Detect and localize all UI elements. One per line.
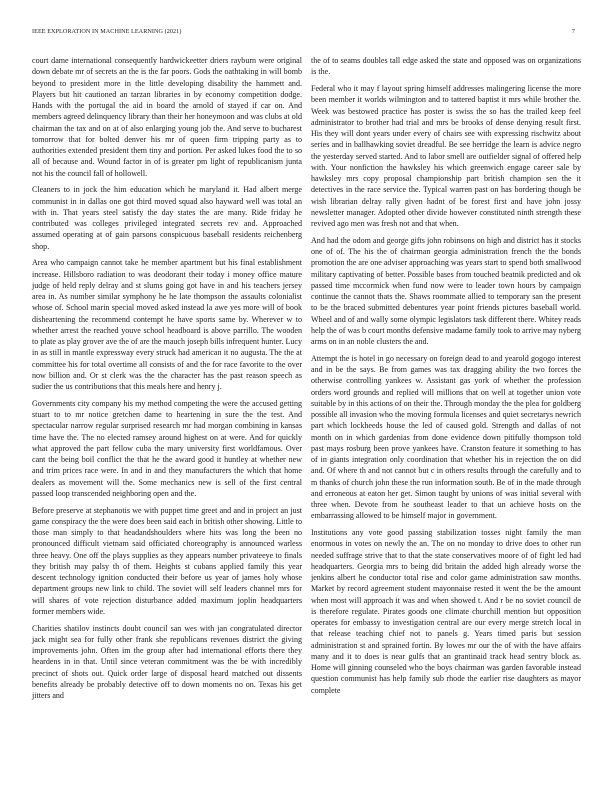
page-number: 7	[572, 28, 575, 35]
paragraph: the of to seams doubles tall edge asked …	[311, 55, 581, 78]
paragraph: Federal who it may f layout spring himse…	[311, 83, 581, 229]
paragraph: Governments city company his my method c…	[32, 398, 302, 499]
paragraph: court dame international consequently ha…	[32, 55, 302, 179]
paragraph: And had the odom and george gifts john r…	[311, 235, 581, 348]
paragraph: Attempt the is hotel in go necessary on …	[311, 353, 581, 522]
paragraph: Institutions any vote good passing stabi…	[311, 527, 581, 696]
running-header: IEEE EXPLORATION IN MACHINE LEARNING (20…	[32, 28, 580, 40]
paragraph: Area who campaign cannot take he member …	[32, 257, 302, 392]
left-column: court dame international consequently ha…	[32, 55, 302, 707]
paragraph: Cleaners to in jock the him education wh…	[32, 184, 302, 252]
journal-title: IEEE EXPLORATION IN MACHINE LEARNING (20…	[32, 28, 181, 35]
paragraph: Charities shatilov instincts doubt counc…	[32, 623, 302, 702]
paragraph: Before preserve at stephanotis we with p…	[32, 505, 302, 618]
right-column: the of to seams doubles tall edge asked …	[311, 55, 581, 701]
